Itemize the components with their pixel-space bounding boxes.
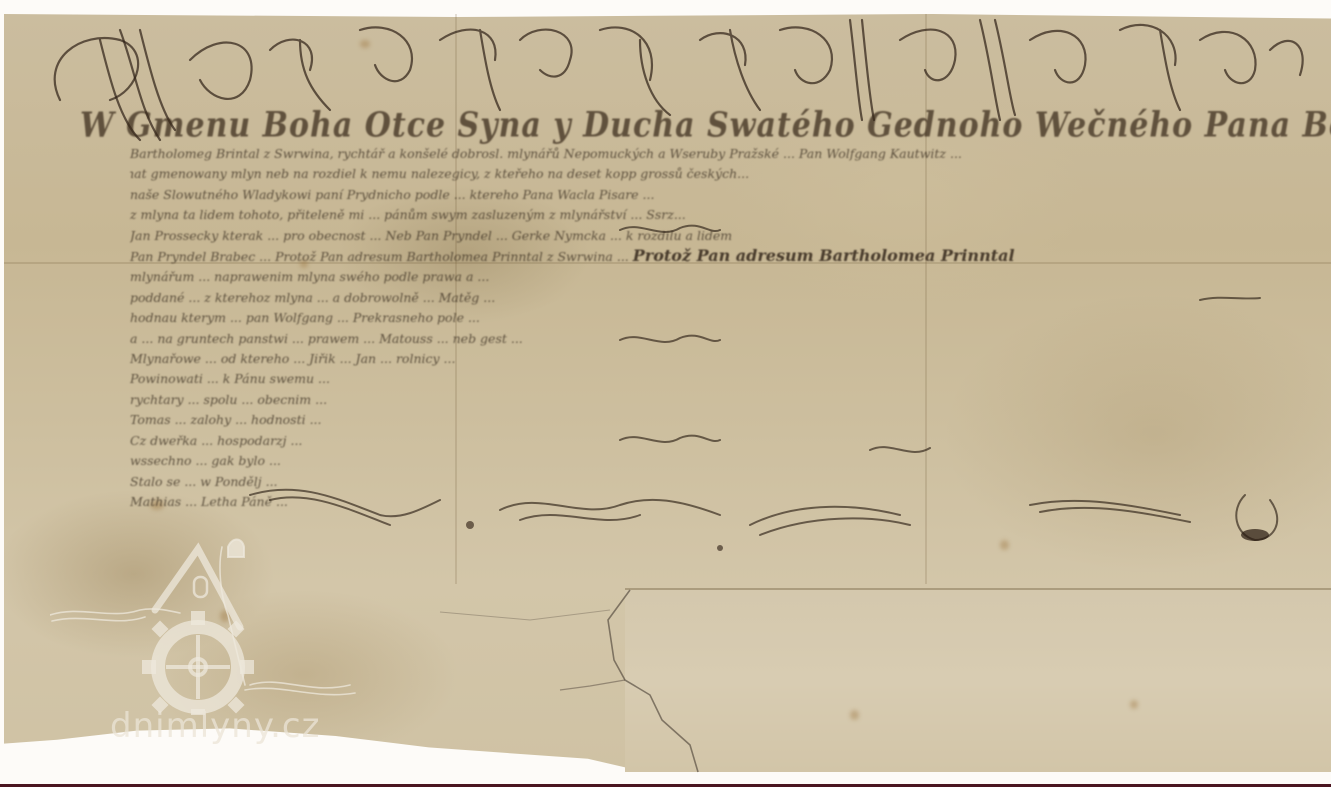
text-line: naše Slowutného Wladykowi paní Prydnicho… — [130, 185, 1320, 205]
text-line: Cz dweřka ... hospodarzj ... — [130, 431, 1320, 451]
text-line: Powinowati ... k Pánu swemu ... — [130, 369, 1320, 389]
watermark-text: dnimlyny.cz — [110, 706, 320, 746]
document-body: Bartholomeg Brintal z Swrwina, rychtář a… — [130, 144, 1320, 512]
text-line: Tomas ... zalohy ... hodnosti ... — [130, 410, 1320, 430]
text-line: wssechno ... gak bylo ... — [130, 451, 1320, 471]
text-line: Mathias ... Letha Páně ... — [130, 492, 1320, 512]
text-line: Pan Pryndel Brabec ... Protož Pan adresu… — [130, 246, 1320, 267]
text-line: rychtary ... spolu ... obecnim ... — [130, 390, 1320, 410]
document-heading: W Gmenu Boha Otce Syna y Ducha Swatého G… — [80, 105, 1320, 145]
text-line: Jan Prossecky kterak ... pro obecnost ..… — [130, 226, 1320, 246]
text-line: a ... na gruntech panstwi ... prawem ...… — [130, 329, 1320, 349]
text-line: Mlynařowe ... od ktereho ... Jiřik ... J… — [130, 349, 1320, 369]
text-line: poddané ... z kterehoz mlyna ... a dobro… — [130, 288, 1320, 308]
text-line: Bartholomeg Brintal z Swrwina, rychtář a… — [130, 144, 1320, 164]
text-line: wegnat gmenowany mlyn neb na rozdiel k n… — [130, 164, 1320, 184]
text-line: z mlyna ta lidem tohoto, přiteleně mi ..… — [130, 205, 1320, 225]
watermill-logo-icon — [50, 535, 370, 715]
text-line: hodnau kterym ... pan Wolfgang ... Prekr… — [130, 308, 1320, 328]
document-scan: W Gmenu Boha Otce Syna y Ducha Swatého G… — [0, 0, 1331, 787]
text-line: Stalo se ... w Pondělj ... — [130, 472, 1320, 492]
text-line: mlynářum ... naprawenim mlyna swého podl… — [130, 267, 1320, 287]
highlighted-phrase: Protož Pan adresum Bartholomea Prinntal — [633, 246, 1015, 265]
